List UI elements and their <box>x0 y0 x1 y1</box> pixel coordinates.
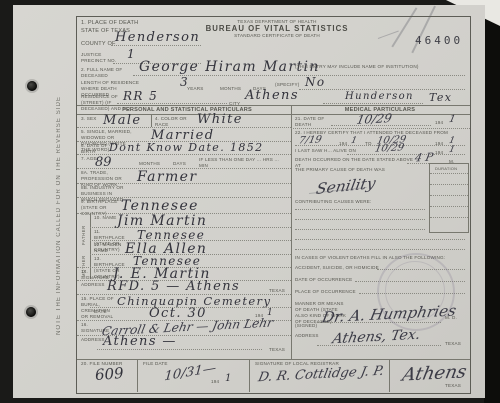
father-side-label: FATHER <box>81 217 86 245</box>
informant-address-label: ADDRESS <box>81 282 105 288</box>
reverse-side-note: NOTE THE INFORMATION CALLED FOR ON THE R… <box>56 100 62 335</box>
file-row-col-divider <box>249 359 250 392</box>
contributing-causes-label: CONTRIBUTING CAUSES WERE: <box>295 199 385 205</box>
precinct-label: PRECINCT NO. <box>81 58 116 64</box>
last-saw-fill-line <box>347 154 465 155</box>
punch-hole-bottom <box>26 307 36 317</box>
place-of-death-label: 1. PLACE OF DEATH <box>81 20 138 27</box>
texas-print: TEXAS <box>445 341 461 347</box>
institution-note: (THIS ENTRY MAY INCLUDE NAME OF INSTITUT… <box>295 64 465 70</box>
color-race-value: White <box>197 112 243 127</box>
file-number-value: 609 <box>94 364 124 384</box>
age-months-label: MONTHS <box>139 161 160 167</box>
row-line <box>77 183 291 184</box>
scan-dark-edge <box>484 0 500 403</box>
residence-state-value: Tex <box>429 91 452 104</box>
informant-address-value: RFD. 5 — Athens <box>107 279 240 294</box>
death-year-suffix: 1 <box>448 114 457 125</box>
texas-print: TEXAS <box>445 383 461 389</box>
duration-line <box>430 217 468 218</box>
row-line <box>97 349 262 350</box>
contributing-line <box>295 239 465 240</box>
age-days-label: DAYS <box>173 161 186 167</box>
primary-cause-value: Senility <box>315 174 377 198</box>
precinct-value: 1 <box>127 47 135 61</box>
row-line <box>291 128 470 129</box>
contributing-line <box>295 209 425 210</box>
dod-fill-line <box>331 125 431 126</box>
county-fill-line2 <box>323 103 423 104</box>
date-of-death-label: 21. DATE OF DEATH <box>295 116 329 128</box>
occurrence-date-label: DATE OF OCCURRENCE <box>295 277 352 283</box>
local-registrar-signature: D. R. Cottlidge J. P. <box>257 364 385 385</box>
street-fill-line <box>117 103 227 104</box>
physician-address-line <box>317 345 441 346</box>
standard-certificate-title: STANDARD CERTIFICATE OF DEATH <box>197 33 357 39</box>
certificate-form: 1. PLACE OF DEATH STATE OF TEXAS COUNTY … <box>76 16 471 394</box>
contributing-line <box>295 219 425 220</box>
father-name-label: 10. NAME <box>94 215 117 221</box>
duration-box: DURATION <box>429 163 469 233</box>
duration-line <box>430 195 468 196</box>
signed-label: (SIGNED) <box>295 323 317 329</box>
sex-color-divider <box>151 114 152 127</box>
notary-seal-inner-ring <box>385 261 445 321</box>
deceased-name-value: George Hiram Martin <box>139 59 320 75</box>
director-address-label: ADDRESS <box>81 337 105 343</box>
birthplace-value: Tennesee <box>121 198 199 214</box>
certificate-number-stamp: 46400 <box>415 34 463 47</box>
file-date-label: FILE DATE <box>143 361 168 367</box>
city-value: Athens <box>245 88 299 103</box>
file-row-col-divider <box>137 359 138 392</box>
specify-fill-line <box>299 89 465 90</box>
sex-label: 3. SEX <box>81 116 97 122</box>
file-row-divider <box>77 359 470 360</box>
specify-value: No <box>305 75 326 89</box>
texas-print: TEXAS <box>269 347 285 353</box>
file-date-value: 10/31— <box>164 361 217 385</box>
director-address-value: Athens — <box>103 334 177 349</box>
contributing-line <box>295 249 465 250</box>
birth-date-value: Dont Know Date. 1852 <box>109 141 264 154</box>
year-print: 194 <box>339 141 347 147</box>
street-value: RR 5 <box>123 89 158 103</box>
to-label: TO <box>365 141 372 147</box>
contributing-line <box>295 229 425 230</box>
primary-cause-label: THE PRIMARY CAUSE OF DEATH WAS <box>295 167 415 173</box>
accident-suicide-homicide-label: ACCIDENT, SUICIDE, OR HOMICIDE <box>295 265 379 271</box>
years-label: YEARS <box>187 86 204 92</box>
months-label: MONTHS <box>220 86 241 92</box>
registrar-town-value: Athens <box>401 361 469 385</box>
full-name-label: 2. FULL NAME OF DECEASED <box>81 67 133 79</box>
year-print: 194 <box>435 141 443 147</box>
scanned-death-certificate: { "side_note": "NOTE THE INFORMATION CAL… <box>0 0 500 403</box>
column-divider <box>291 105 292 359</box>
last-saw-value: 10/29 <box>374 142 405 154</box>
file-row-col-divider <box>389 359 390 392</box>
duration-line <box>430 173 468 174</box>
sex-value: Male <box>103 113 142 128</box>
section-divider-top <box>77 105 470 106</box>
physician-address-label: ADDRESS <box>295 333 319 339</box>
duration-line <box>430 184 468 185</box>
year-print: 194 <box>435 150 443 156</box>
year-print: 194 <box>435 120 443 126</box>
duration-line <box>430 206 468 207</box>
punch-hole-top <box>27 81 37 91</box>
file-year-suffix: 1 <box>225 373 231 384</box>
year-print: 194 <box>211 379 219 385</box>
duration-label: DURATION <box>435 166 457 171</box>
occurrence-place-label: PLACE OF OCCURRENCE <box>295 289 356 295</box>
residence-county-value: Hunderson <box>345 91 414 102</box>
county-fill-line <box>111 45 201 46</box>
burial-date-label: DATE <box>94 309 107 315</box>
mother-name-label: 12. MAIDEN NAME <box>94 242 124 254</box>
years-value: 3 <box>180 75 188 89</box>
